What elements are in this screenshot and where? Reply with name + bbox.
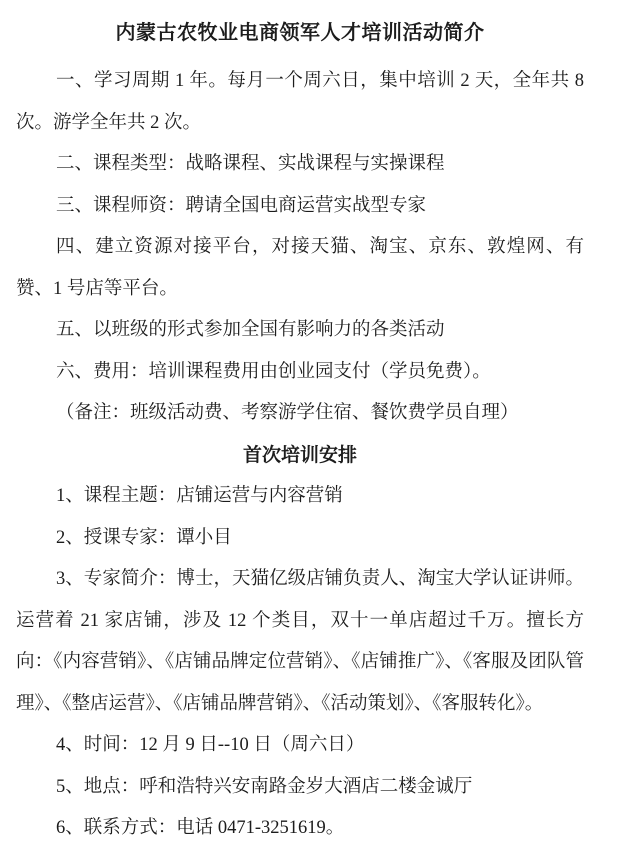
- para-fees: 六、费用：培训课程费用由创业园支付（学员免费）。: [16, 352, 584, 394]
- para-study-cycle: 一、学习周期 1 年。每月一个周六日，集中培训 2 天，全年共 8 次。游学全年…: [16, 61, 584, 144]
- first-training-subtitle: 首次培训安排: [16, 435, 584, 477]
- para-note: （备注：班级活动费、考察游学住宿、餐饮费学员自理）: [16, 393, 584, 435]
- para-course-topic: 1、课程主题：店铺运营与内容营销: [16, 476, 584, 518]
- para-lecturer: 2、授课专家：谭小目: [16, 518, 584, 560]
- para-course-types: 二、课程类型：战略课程、实战课程与实操课程: [16, 144, 584, 186]
- para-course-faculty: 三、课程师资：聘请全国电商运营实战型专家: [16, 186, 584, 228]
- para-time: 4、时间：12 月 9 日--10 日（周六日）: [16, 725, 584, 767]
- para-resource-platform: 四、建立资源对接平台，对接天猫、淘宝、京东、敦煌网、有赞、1 号店等平台。: [16, 227, 584, 310]
- para-class-activities: 五、以班级的形式参加全国有影响力的各类活动: [16, 310, 584, 352]
- doc-title: 内蒙古农牧业电商领军人才培训活动简介: [16, 13, 584, 54]
- para-expert-profile: 3、专家简介：博士，天猫亿级店铺负责人、淘宝大学认证讲师。运营着 21 家店铺，…: [16, 559, 584, 725]
- para-contact: 6、联系方式：电话 0471-3251619。: [16, 808, 584, 850]
- document-page: 内蒙古农牧业电商领军人才培训活动简介 一、学习周期 1 年。每月一个周六日，集中…: [0, 0, 618, 859]
- para-location: 5、地点：呼和浩特兴安南路金岁大酒店二楼金诚厅: [16, 767, 584, 809]
